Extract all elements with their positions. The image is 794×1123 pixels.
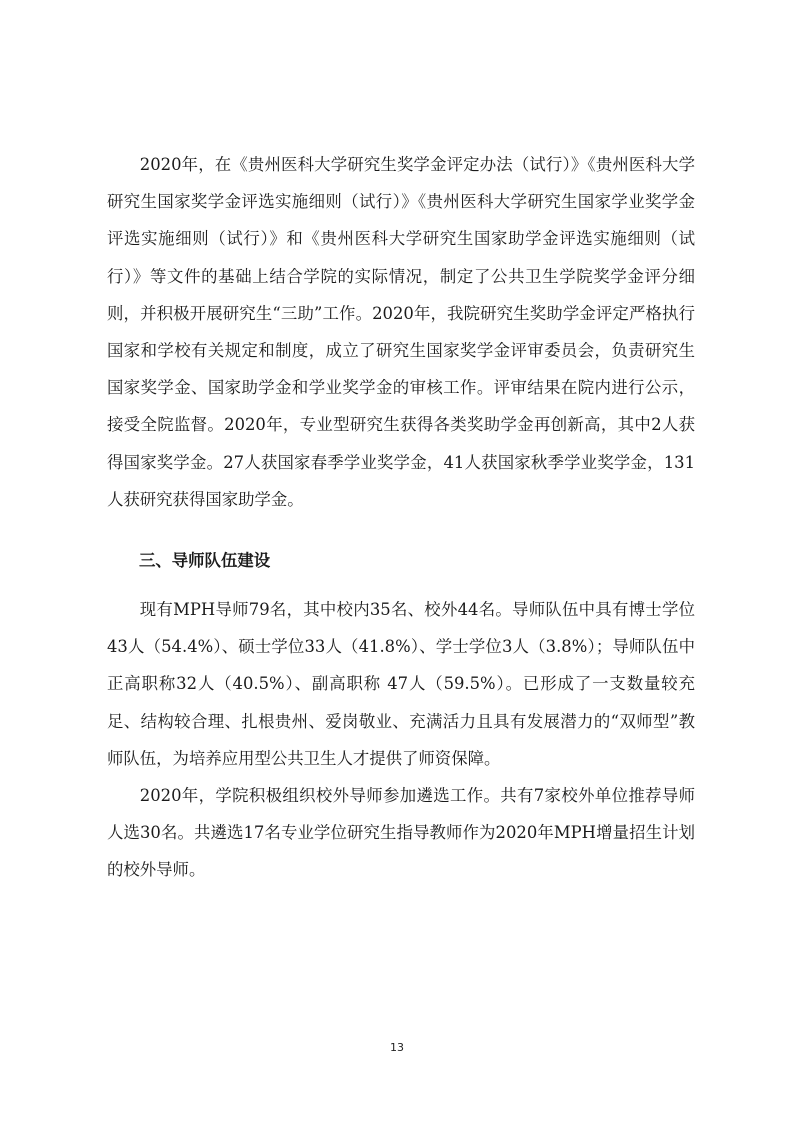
spacer bbox=[107, 518, 695, 530]
document-body: 2020年，在《贵州医科大学研究生奖学金评定办法（试行）》《贵州医科大学研究生国… bbox=[107, 146, 695, 889]
paragraph-external-supervisors: 2020年，学院积极组织校外导师参加遴选工作。共有7家校外单位推荐导师人选30名… bbox=[107, 777, 695, 889]
page-number: 13 bbox=[0, 1041, 794, 1054]
section-heading: 三、导师队伍建设 bbox=[107, 542, 695, 579]
paragraph-scholarship: 2020年，在《贵州医科大学研究生奖学金评定办法（试行）》《贵州医科大学研究生国… bbox=[107, 146, 695, 518]
paragraph-supervisors: 现有MPH导师79名，其中校内35名、校外44名。导师队伍中具有博士学位43人（… bbox=[107, 591, 695, 777]
